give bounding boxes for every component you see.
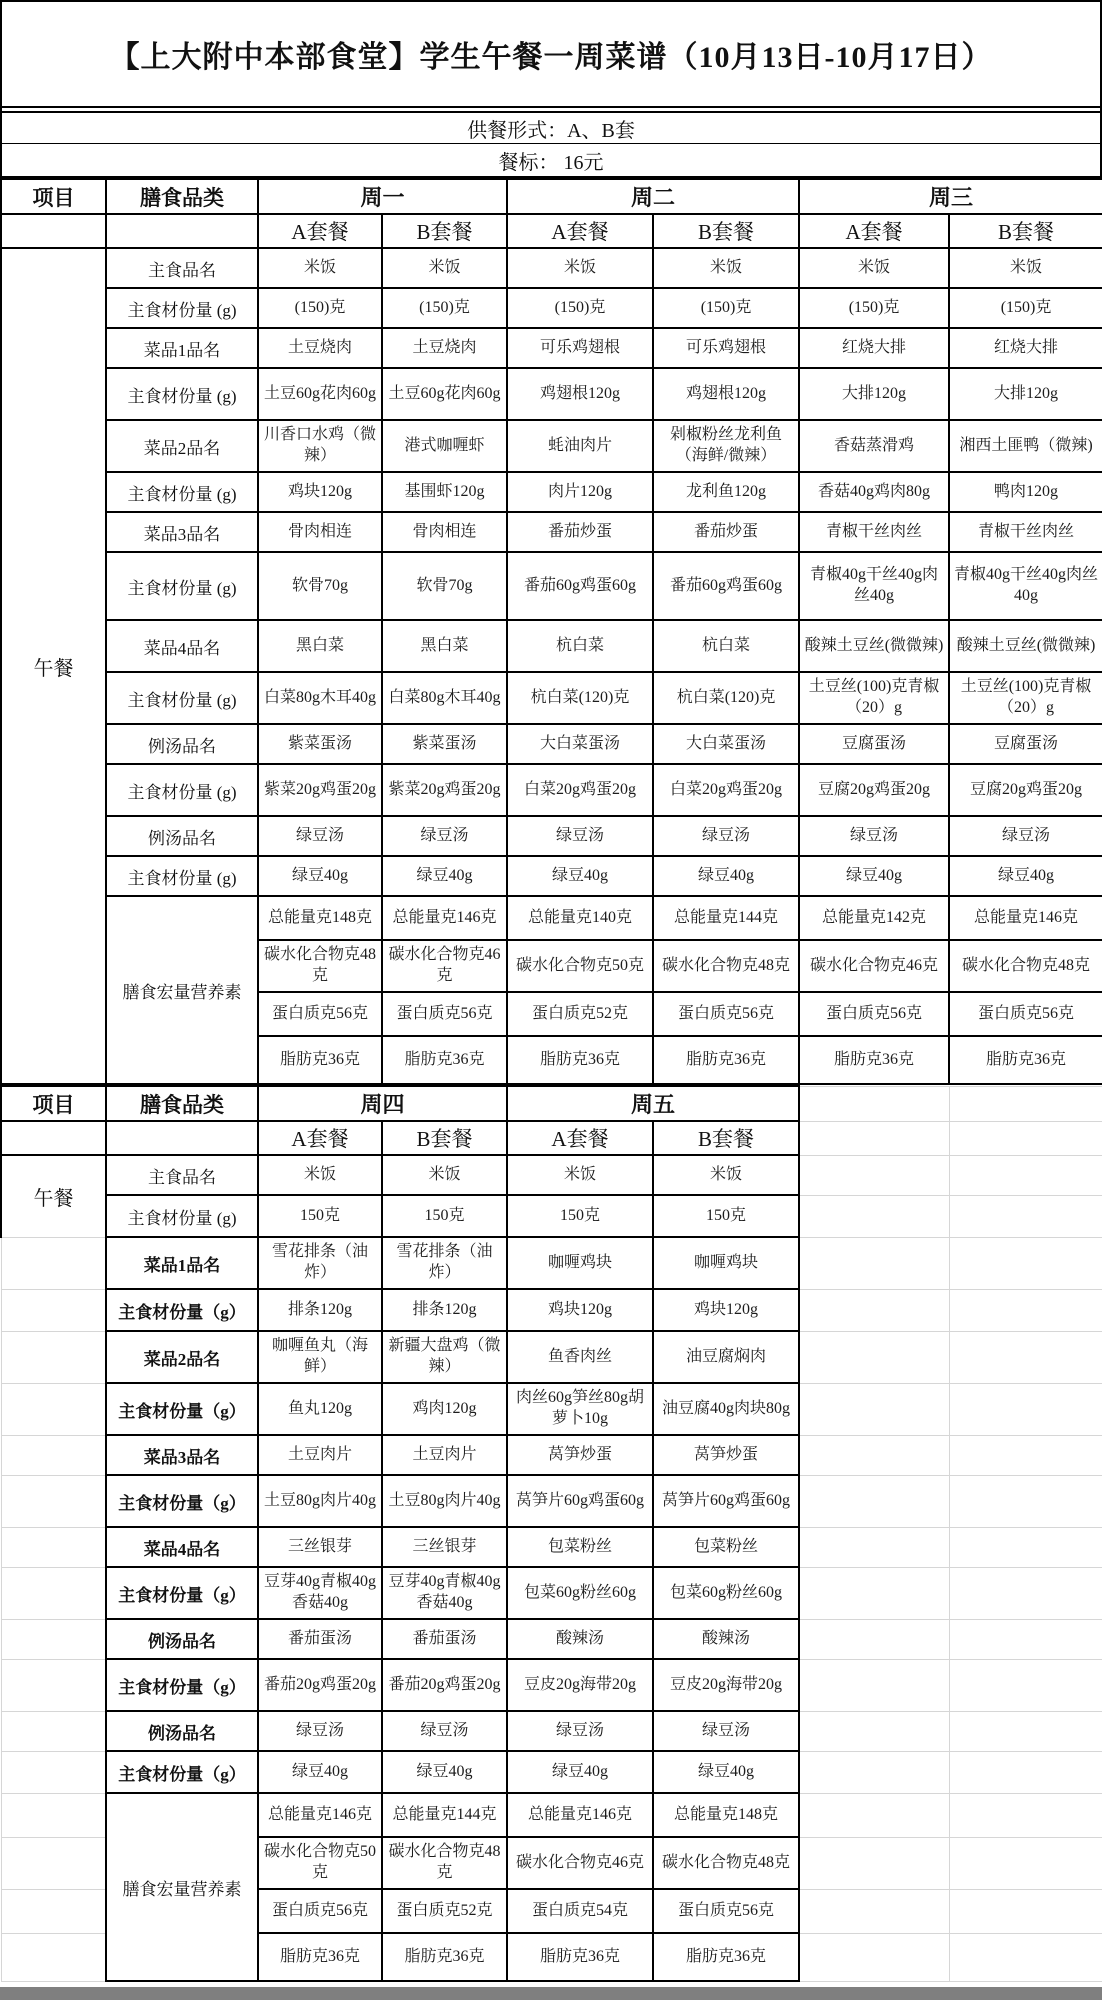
- menu-cell: 青椒干丝肉丝: [799, 512, 949, 552]
- day-header-3: 周三: [799, 179, 1102, 214]
- menu-cell: 土豆肉片: [258, 1435, 382, 1475]
- menu-cell: 可乐鸡翅根: [507, 328, 653, 368]
- row-label: 例汤品名: [106, 1711, 258, 1751]
- nutrition-label: 膳食宏量营养素: [106, 896, 258, 1084]
- filler-cell: [799, 1527, 949, 1567]
- menu-cell: 黑白菜: [382, 620, 507, 672]
- row-label: 菜品1品名: [106, 1237, 258, 1289]
- menu-cell: 三丝银芽: [382, 1527, 507, 1567]
- menu-row: 例汤品名绿豆汤绿豆汤绿豆汤绿豆汤: [1, 1711, 1102, 1751]
- menu-cell: 排条120g: [258, 1289, 382, 1331]
- filler-cell: [799, 1711, 949, 1751]
- menu-cell: 豆腐20g鸡蛋20g: [799, 764, 949, 816]
- item-column-empty: [1, 1567, 106, 1619]
- corner-empty: [106, 214, 258, 248]
- menu-cell: 酸辣土豆丝(微微辣): [949, 620, 1102, 672]
- nutrition-row: 膳食宏量营养素总能量克146克总能量克144克总能量克146克总能量克148克: [1, 1793, 1102, 1837]
- nutrition-cell: 碳水化合物克48克: [653, 940, 799, 992]
- menu-cell: 香菇40g鸡肉80g: [799, 472, 949, 512]
- filler-cell: [949, 1567, 1102, 1619]
- item-column-empty: [1, 1619, 106, 1659]
- menu-cell: 豆腐蛋汤: [799, 724, 949, 764]
- menu-cell: 鸡块120g: [653, 1289, 799, 1331]
- row-label: 主食材份量（g）: [106, 1475, 258, 1527]
- menu-cell: 土豆烧肉: [382, 328, 507, 368]
- item-column-empty: [1, 1889, 106, 1933]
- filler-cell: [949, 1751, 1102, 1793]
- menu-row: 主食材份量 (g)鸡块120g基围虾120g肉片120g龙利鱼120g香菇40g…: [1, 472, 1102, 512]
- nutrition-cell: 碳水化合物克48克: [653, 1837, 799, 1889]
- row-label: 菜品4品名: [106, 620, 258, 672]
- filler-cell: [949, 1331, 1102, 1383]
- menu-cell: 咖喱鸡块: [653, 1237, 799, 1289]
- menu-cell: 番茄60g鸡蛋60g: [507, 552, 653, 620]
- menu-cell: (150)克: [258, 288, 382, 328]
- nutrition-cell: 蛋白质克52克: [507, 992, 653, 1036]
- filler-cell: [799, 1121, 949, 1155]
- meal-header-b: B套餐: [653, 214, 799, 248]
- menu-cell: 杭白菜(120)克: [653, 672, 799, 724]
- header-row-days: 项目膳食品类周四周五: [1, 1086, 1102, 1121]
- serving-info: 供餐形式：A、B套: [2, 113, 1100, 144]
- row-label: 菜品3品名: [106, 512, 258, 552]
- menu-cell: 番茄60g鸡蛋60g: [653, 552, 799, 620]
- row-label: 主食材份量 (g): [106, 552, 258, 620]
- menu-row: 菜品4品名黑白菜黑白菜杭白菜杭白菜酸辣土豆丝(微微辣)酸辣土豆丝(微微辣): [1, 620, 1102, 672]
- menu-row: 例汤品名番茄蛋汤番茄蛋汤酸辣汤酸辣汤: [1, 1619, 1102, 1659]
- menu-sheet: 【上大附中本部食堂】学生午餐一周菜谱（10月13日-10月17日） 供餐形式：A…: [0, 0, 1102, 2000]
- meal-header-a: A套餐: [258, 1121, 382, 1155]
- filler-cell: [799, 1567, 949, 1619]
- footer-bar: [0, 1987, 1102, 2000]
- meal-header-a: A套餐: [507, 214, 653, 248]
- nutrition-cell: 碳水化合物克46克: [507, 1837, 653, 1889]
- menu-cell: 绿豆汤: [507, 816, 653, 856]
- item-column-empty: [1, 1793, 106, 1837]
- menu-cell: 紫菜蛋汤: [258, 724, 382, 764]
- menu-cell: 米饭: [799, 248, 949, 288]
- menu-cell: 莴笋片60g鸡蛋60g: [507, 1475, 653, 1527]
- menu-cell: 莴笋炒蛋: [507, 1435, 653, 1475]
- menu-row: 主食材份量（g）绿豆40g绿豆40g绿豆40g绿豆40g: [1, 1751, 1102, 1793]
- nutrition-cell: 蛋白质克54克: [507, 1889, 653, 1933]
- menu-cell: 基围虾120g: [382, 472, 507, 512]
- row-label: 菜品2品名: [106, 420, 258, 472]
- menu-cell: 绿豆汤: [653, 1711, 799, 1751]
- item-cell-lunch: 午餐: [1, 248, 106, 1084]
- menu-row: 主食材份量 (g)紫菜20g鸡蛋20g紫菜20g鸡蛋20g白菜20g鸡蛋20g白…: [1, 764, 1102, 816]
- item-column-empty: [1, 1289, 106, 1331]
- nutrition-cell: 脂肪克36克: [507, 1933, 653, 1981]
- menu-row: 菜品1品名雪花排条（油炸）雪花排条（油炸）咖喱鸡块咖喱鸡块: [1, 1237, 1102, 1289]
- menu-cell: 大白菜蛋汤: [507, 724, 653, 764]
- menu-cell: 白菜20g鸡蛋20g: [507, 764, 653, 816]
- meal-header-a: A套餐: [507, 1121, 653, 1155]
- menu-cell: 排条120g: [382, 1289, 507, 1331]
- menu-cell: 土豆丝(100)克青椒（20）g: [949, 672, 1102, 724]
- nutrition-label: 膳食宏量营养素: [106, 1793, 258, 1981]
- filler-cell: [949, 1237, 1102, 1289]
- menu-cell: 鸡块120g: [507, 1289, 653, 1331]
- menu-cell: 杭白菜: [507, 620, 653, 672]
- menu-cell: 绿豆40g: [799, 856, 949, 896]
- menu-row: 主食材份量（g）豆芽40g青椒40g香菇40g豆芽40g青椒40g香菇40g包菜…: [1, 1567, 1102, 1619]
- menu-cell: 番茄蛋汤: [258, 1619, 382, 1659]
- nutrition-cell: 脂肪克36克: [653, 1036, 799, 1084]
- menu-cell: 土豆60g花肉60g: [258, 368, 382, 420]
- menu-cell: 大白菜蛋汤: [653, 724, 799, 764]
- row-label: 主食材份量（g）: [106, 1751, 258, 1793]
- filler-cell: [949, 1619, 1102, 1659]
- nutrition-cell: 总能量克148克: [653, 1793, 799, 1837]
- filler-cell: [949, 1383, 1102, 1435]
- page-title: 【上大附中本部食堂】学生午餐一周菜谱（10月13日-10月17日）: [2, 2, 1100, 108]
- row-label: 例汤品名: [106, 724, 258, 764]
- menu-cell: 香菇蒸滑鸡: [799, 420, 949, 472]
- header-row-days: 项目膳食品类周一周二周三: [1, 179, 1102, 214]
- corner-item-label: 项目: [1, 179, 106, 214]
- row-label: 菜品3品名: [106, 1435, 258, 1475]
- menu-cell: 鸡翅根120g: [507, 368, 653, 420]
- menu-cell: 绿豆40g: [258, 856, 382, 896]
- nutrition-cell: 总能量克146克: [258, 1793, 382, 1837]
- menu-cell: 川香口水鸡（微辣）: [258, 420, 382, 472]
- menu-cell: 油豆腐焖肉: [653, 1331, 799, 1383]
- menu-cell: 新疆大盘鸡（微辣）: [382, 1331, 507, 1383]
- menu-row: 菜品4品名三丝银芽三丝银芽包菜粉丝包菜粉丝: [1, 1527, 1102, 1567]
- row-label: 主食材份量（g）: [106, 1289, 258, 1331]
- menu-cell: 土豆80g肉片40g: [258, 1475, 382, 1527]
- section-week-part1: 项目膳食品类周一周二周三A套餐B套餐A套餐B套餐A套餐B套餐午餐主食品名米饭米饭…: [0, 178, 1102, 1085]
- menu-cell: 绿豆汤: [382, 816, 507, 856]
- menu-cell: 油豆腐40g肉块80g: [653, 1383, 799, 1435]
- menu-cell: 绿豆汤: [949, 816, 1102, 856]
- filler-cell: [949, 1086, 1102, 1121]
- nutrition-row: 膳食宏量营养素总能量克148克总能量克146克总能量克140克总能量克144克总…: [1, 896, 1102, 940]
- meal-header-b: B套餐: [382, 214, 507, 248]
- corner-category-label: 膳食品类: [106, 179, 258, 214]
- item-column-empty: [1, 1435, 106, 1475]
- menu-row: 主食材份量 (g)软骨70g软骨70g番茄60g鸡蛋60g番茄60g鸡蛋60g青…: [1, 552, 1102, 620]
- menu-cell: 骨肉相连: [382, 512, 507, 552]
- menu-cell: 米饭: [382, 1155, 507, 1195]
- nutrition-cell: 蛋白质克56克: [799, 992, 949, 1036]
- nutrition-cell: 总能量克146克: [382, 896, 507, 940]
- menu-cell: 米饭: [382, 248, 507, 288]
- nutrition-cell: 蛋白质克52克: [382, 1889, 507, 1933]
- menu-cell: 豆腐20g鸡蛋20g: [949, 764, 1102, 816]
- menu-cell: 紫菜20g鸡蛋20g: [258, 764, 382, 816]
- menu-cell: 土豆丝(100)克青椒（20）g: [799, 672, 949, 724]
- filler-cell: [949, 1889, 1102, 1933]
- menu-cell: 剁椒粉丝龙利鱼（海鲜/微辣）: [653, 420, 799, 472]
- menu-cell: 杭白菜(120)克: [507, 672, 653, 724]
- menu-row: 菜品3品名骨肉相连骨肉相连番茄炒蛋番茄炒蛋青椒干丝肉丝青椒干丝肉丝: [1, 512, 1102, 552]
- corner-empty: [106, 1121, 258, 1155]
- menu-cell: 土豆烧肉: [258, 328, 382, 368]
- menu-row: 主食材份量（g）土豆80g肉片40g土豆80g肉片40g莴笋片60g鸡蛋60g莴…: [1, 1475, 1102, 1527]
- filler-cell: [799, 1837, 949, 1889]
- menu-cell: 绿豆40g: [382, 856, 507, 896]
- menu-cell: 软骨70g: [258, 552, 382, 620]
- menu-cell: 青椒40g干丝40g肉丝40g: [949, 552, 1102, 620]
- menu-row: 菜品1品名土豆烧肉土豆烧肉可乐鸡翅根可乐鸡翅根红烧大排红烧大排: [1, 328, 1102, 368]
- meal-header-b: B套餐: [653, 1121, 799, 1155]
- menu-row: 主食材份量（g）鱼丸120g鸡肉120g肉丝60g笋丝80g胡萝卜10g油豆腐4…: [1, 1383, 1102, 1435]
- menu-cell: 三丝银芽: [258, 1527, 382, 1567]
- nutrition-cell: 脂肪克36克: [949, 1036, 1102, 1084]
- menu-cell: 包菜粉丝: [507, 1527, 653, 1567]
- day-header-2: 周二: [507, 179, 799, 214]
- filler-cell: [949, 1475, 1102, 1527]
- menu-cell: 龙利鱼120g: [653, 472, 799, 512]
- nutrition-cell: 总能量克144克: [653, 896, 799, 940]
- section-week-part2: 项目膳食品类周四周五A套餐B套餐A套餐B套餐午餐主食品名米饭米饭米饭米饭主食材份…: [0, 1085, 1102, 1982]
- nutrition-cell: 总能量克148克: [258, 896, 382, 940]
- item-column-empty: [1, 1237, 106, 1289]
- menu-cell: 绿豆汤: [507, 1711, 653, 1751]
- row-label: 主食品名: [106, 1155, 258, 1195]
- menu-row: 午餐主食品名米饭米饭米饭米饭米饭米饭: [1, 248, 1102, 288]
- corner-empty: [1, 1121, 106, 1155]
- nutrition-cell: 脂肪克36克: [258, 1036, 382, 1084]
- menu-cell: 豆芽40g青椒40g香菇40g: [382, 1567, 507, 1619]
- menu-cell: (150)克: [799, 288, 949, 328]
- filler-cell: [799, 1155, 949, 1195]
- menu-cell: 米饭: [653, 248, 799, 288]
- item-column-empty: [1, 1837, 106, 1889]
- menu-cell: 150克: [507, 1195, 653, 1237]
- item-column-empty: [1, 1383, 106, 1435]
- menu-cell: 土豆肉片: [382, 1435, 507, 1475]
- nutrition-cell: 蛋白质克56克: [258, 1889, 382, 1933]
- nutrition-cell: 脂肪克36克: [507, 1036, 653, 1084]
- row-label: 主食材份量（g）: [106, 1567, 258, 1619]
- row-label: 例汤品名: [106, 1619, 258, 1659]
- nutrition-cell: 蛋白质克56克: [653, 1889, 799, 1933]
- menu-row: 午餐主食品名米饭米饭米饭米饭: [1, 1155, 1102, 1195]
- menu-cell: (150)克: [382, 288, 507, 328]
- menu-cell: 莴笋片60g鸡蛋60g: [653, 1475, 799, 1527]
- filler-cell: [799, 1475, 949, 1527]
- nutrition-cell: 脂肪克36克: [799, 1036, 949, 1084]
- menu-cell: 白菜80g木耳40g: [258, 672, 382, 724]
- filler-cell: [799, 1659, 949, 1711]
- menu-cell: 肉丝60g笋丝80g胡萝卜10g: [507, 1383, 653, 1435]
- filler-cell: [799, 1889, 949, 1933]
- header-row-meals: A套餐B套餐A套餐B套餐: [1, 1121, 1102, 1155]
- menu-row: 例汤品名绿豆汤绿豆汤绿豆汤绿豆汤绿豆汤绿豆汤: [1, 816, 1102, 856]
- menu-cell: 鸭肉120g: [949, 472, 1102, 512]
- menu-cell: 骨肉相连: [258, 512, 382, 552]
- filler-cell: [799, 1383, 949, 1435]
- menu-cell: 鸡肉120g: [382, 1383, 507, 1435]
- menu-cell: 大排120g: [799, 368, 949, 420]
- nutrition-cell: 碳水化合物克46克: [382, 940, 507, 992]
- top-block: 【上大附中本部食堂】学生午餐一周菜谱（10月13日-10月17日） 供餐形式：A…: [0, 0, 1102, 178]
- menu-cell: 白菜80g木耳40g: [382, 672, 507, 724]
- corner-category-label: 膳食品类: [106, 1086, 258, 1121]
- nutrition-cell: 碳水化合物克50克: [258, 1837, 382, 1889]
- menu-cell: 绿豆40g: [653, 856, 799, 896]
- menu-cell: 鱼香肉丝: [507, 1331, 653, 1383]
- menu-cell: 大排120g: [949, 368, 1102, 420]
- menu-cell: 包菜60g粉丝60g: [653, 1567, 799, 1619]
- menu-cell: 番茄炒蛋: [507, 512, 653, 552]
- header-row-meals: A套餐B套餐A套餐B套餐A套餐B套餐: [1, 214, 1102, 248]
- filler-cell: [949, 1435, 1102, 1475]
- price-info: 餐标： 16元: [2, 144, 1100, 178]
- nutrition-cell: 总能量克142克: [799, 896, 949, 940]
- row-label: 主食品名: [106, 248, 258, 288]
- menu-cell: 杭白菜: [653, 620, 799, 672]
- filler-cell: [949, 1121, 1102, 1155]
- filler-cell: [949, 1711, 1102, 1751]
- menu-cell: 青椒40g干丝40g肉丝40g: [799, 552, 949, 620]
- menu-cell: 湘西土匪鸭（微辣): [949, 420, 1102, 472]
- menu-row: 主食材份量 (g)白菜80g木耳40g白菜80g木耳40g杭白菜(120)克杭白…: [1, 672, 1102, 724]
- nutrition-cell: 碳水化合物克48克: [382, 1837, 507, 1889]
- nutrition-cell: 碳水化合物克50克: [507, 940, 653, 992]
- menu-cell: 豆腐蛋汤: [949, 724, 1102, 764]
- filler-cell: [949, 1289, 1102, 1331]
- meal-header-a: A套餐: [258, 214, 382, 248]
- menu-cell: 米饭: [507, 248, 653, 288]
- menu-cell: 绿豆40g: [258, 1751, 382, 1793]
- filler-cell: [799, 1237, 949, 1289]
- menu-cell: 红烧大排: [799, 328, 949, 368]
- nutrition-cell: 蛋白质克56克: [382, 992, 507, 1036]
- filler-cell: [799, 1086, 949, 1121]
- day-header-1: 周四: [258, 1086, 507, 1121]
- meal-header-a: A套餐: [799, 214, 949, 248]
- menu-row: 菜品2品名川香口水鸡（微辣）港式咖喱虾蚝油肉片剁椒粉丝龙利鱼（海鲜/微辣）香菇蒸…: [1, 420, 1102, 472]
- corner-item-label: 项目: [1, 1086, 106, 1121]
- menu-cell: 莴笋炒蛋: [653, 1435, 799, 1475]
- menu-cell: 包菜粉丝: [653, 1527, 799, 1567]
- menu-cell: 鱼丸120g: [258, 1383, 382, 1435]
- nutrition-cell: 蛋白质克56克: [949, 992, 1102, 1036]
- menu-cell: 番茄20g鸡蛋20g: [258, 1659, 382, 1711]
- menu-cell: 酸辣土豆丝(微微辣): [799, 620, 949, 672]
- menu-row: 主食材份量（g）排条120g排条120g鸡块120g鸡块120g: [1, 1289, 1102, 1331]
- filler-cell: [799, 1793, 949, 1837]
- menu-cell: 米饭: [949, 248, 1102, 288]
- filler-cell: [799, 1435, 949, 1475]
- menu-cell: 雪花排条（油炸）: [258, 1237, 382, 1289]
- menu-cell: 绿豆汤: [258, 816, 382, 856]
- menu-cell: 可乐鸡翅根: [653, 328, 799, 368]
- menu-cell: 绿豆汤: [382, 1711, 507, 1751]
- filler-cell: [949, 1195, 1102, 1237]
- filler-cell: [949, 1837, 1102, 1889]
- filler-cell: [949, 1793, 1102, 1837]
- row-label: 主食材份量 (g): [106, 368, 258, 420]
- menu-cell: 番茄20g鸡蛋20g: [382, 1659, 507, 1711]
- menu-cell: 雪花排条（油炸）: [382, 1237, 507, 1289]
- nutrition-cell: 碳水化合物克46克: [799, 940, 949, 992]
- menu-row: 主食材份量 (g)(150)克(150)克(150)克(150)克(150)克(…: [1, 288, 1102, 328]
- menu-cell: 紫菜20g鸡蛋20g: [382, 764, 507, 816]
- menu-row: 主食材份量 (g)土豆60g花肉60g土豆60g花肉60g鸡翅根120g鸡翅根1…: [1, 368, 1102, 420]
- meal-header-b: B套餐: [949, 214, 1102, 248]
- item-column-empty: [1, 1933, 106, 1981]
- nutrition-cell: 脂肪克36克: [653, 1933, 799, 1981]
- item-column-empty: [1, 1659, 106, 1711]
- row-label: 主食材份量 (g): [106, 856, 258, 896]
- nutrition-cell: 总能量克146克: [507, 1793, 653, 1837]
- menu-cell: 绿豆40g: [653, 1751, 799, 1793]
- row-label: 例汤品名: [106, 816, 258, 856]
- filler-cell: [799, 1331, 949, 1383]
- menu-row: 主食材份量 (g)绿豆40g绿豆40g绿豆40g绿豆40g绿豆40g绿豆40g: [1, 856, 1102, 896]
- menu-cell: 绿豆汤: [653, 816, 799, 856]
- menu-cell: 150克: [653, 1195, 799, 1237]
- menu-cell: 番茄蛋汤: [382, 1619, 507, 1659]
- nutrition-cell: 总能量克140克: [507, 896, 653, 940]
- menu-cell: 蚝油肉片: [507, 420, 653, 472]
- item-cell-lunch: 午餐: [1, 1155, 106, 1237]
- row-label: 主食材份量 (g): [106, 472, 258, 512]
- row-label: 菜品1品名: [106, 328, 258, 368]
- menu-cell: 豆皮20g海带20g: [507, 1659, 653, 1711]
- menu-cell: 绿豆汤: [258, 1711, 382, 1751]
- menu-cell: 鸡块120g: [258, 472, 382, 512]
- menu-cell: 咖喱鱼丸（海鲜）: [258, 1331, 382, 1383]
- menu-cell: 包菜60g粉丝60g: [507, 1567, 653, 1619]
- menu-cell: 肉片120g: [507, 472, 653, 512]
- row-label: 菜品4品名: [106, 1527, 258, 1567]
- nutrition-cell: 蛋白质克56克: [653, 992, 799, 1036]
- day-header-1: 周一: [258, 179, 507, 214]
- nutrition-cell: 碳水化合物克48克: [258, 940, 382, 992]
- row-label: 菜品2品名: [106, 1331, 258, 1383]
- menu-cell: 鸡翅根120g: [653, 368, 799, 420]
- menu-row: 菜品2品名咖喱鱼丸（海鲜）新疆大盘鸡（微辣）鱼香肉丝油豆腐焖肉: [1, 1331, 1102, 1383]
- menu-cell: 紫菜蛋汤: [382, 724, 507, 764]
- filler-cell: [949, 1659, 1102, 1711]
- menu-cell: 酸辣汤: [653, 1619, 799, 1659]
- menu-cell: 酸辣汤: [507, 1619, 653, 1659]
- row-label: 主食材份量 (g): [106, 672, 258, 724]
- menu-cell: 豆皮20g海带20g: [653, 1659, 799, 1711]
- menu-table-2: 项目膳食品类周四周五A套餐B套餐A套餐B套餐午餐主食品名米饭米饭米饭米饭主食材份…: [0, 1085, 1102, 1982]
- row-label: 主食材份量 (g): [106, 1195, 258, 1237]
- menu-cell: 白菜20g鸡蛋20g: [653, 764, 799, 816]
- day-header-2: 周五: [507, 1086, 799, 1121]
- menu-row: 主食材份量（g）番茄20g鸡蛋20g番茄20g鸡蛋20g豆皮20g海带20g豆皮…: [1, 1659, 1102, 1711]
- menu-cell: 港式咖喱虾: [382, 420, 507, 472]
- nutrition-cell: 蛋白质克56克: [258, 992, 382, 1036]
- menu-cell: 番茄炒蛋: [653, 512, 799, 552]
- menu-cell: 土豆80g肉片40g: [382, 1475, 507, 1527]
- item-column-empty: [1, 1711, 106, 1751]
- menu-cell: (150)克: [653, 288, 799, 328]
- menu-row: 主食材份量 (g)150克150克150克150克: [1, 1195, 1102, 1237]
- menu-cell: 青椒干丝肉丝: [949, 512, 1102, 552]
- filler-cell: [799, 1933, 949, 1981]
- menu-cell: 绿豆40g: [507, 1751, 653, 1793]
- menu-cell: 咖喱鸡块: [507, 1237, 653, 1289]
- menu-cell: 豆芽40g青椒40g香菇40g: [258, 1567, 382, 1619]
- item-column-empty: [1, 1751, 106, 1793]
- menu-cell: 米饭: [258, 248, 382, 288]
- filler-cell: [949, 1933, 1102, 1981]
- menu-cell: 绿豆汤: [799, 816, 949, 856]
- nutrition-cell: 脂肪克36克: [382, 1036, 507, 1084]
- menu-cell: 米饭: [653, 1155, 799, 1195]
- menu-cell: 绿豆40g: [382, 1751, 507, 1793]
